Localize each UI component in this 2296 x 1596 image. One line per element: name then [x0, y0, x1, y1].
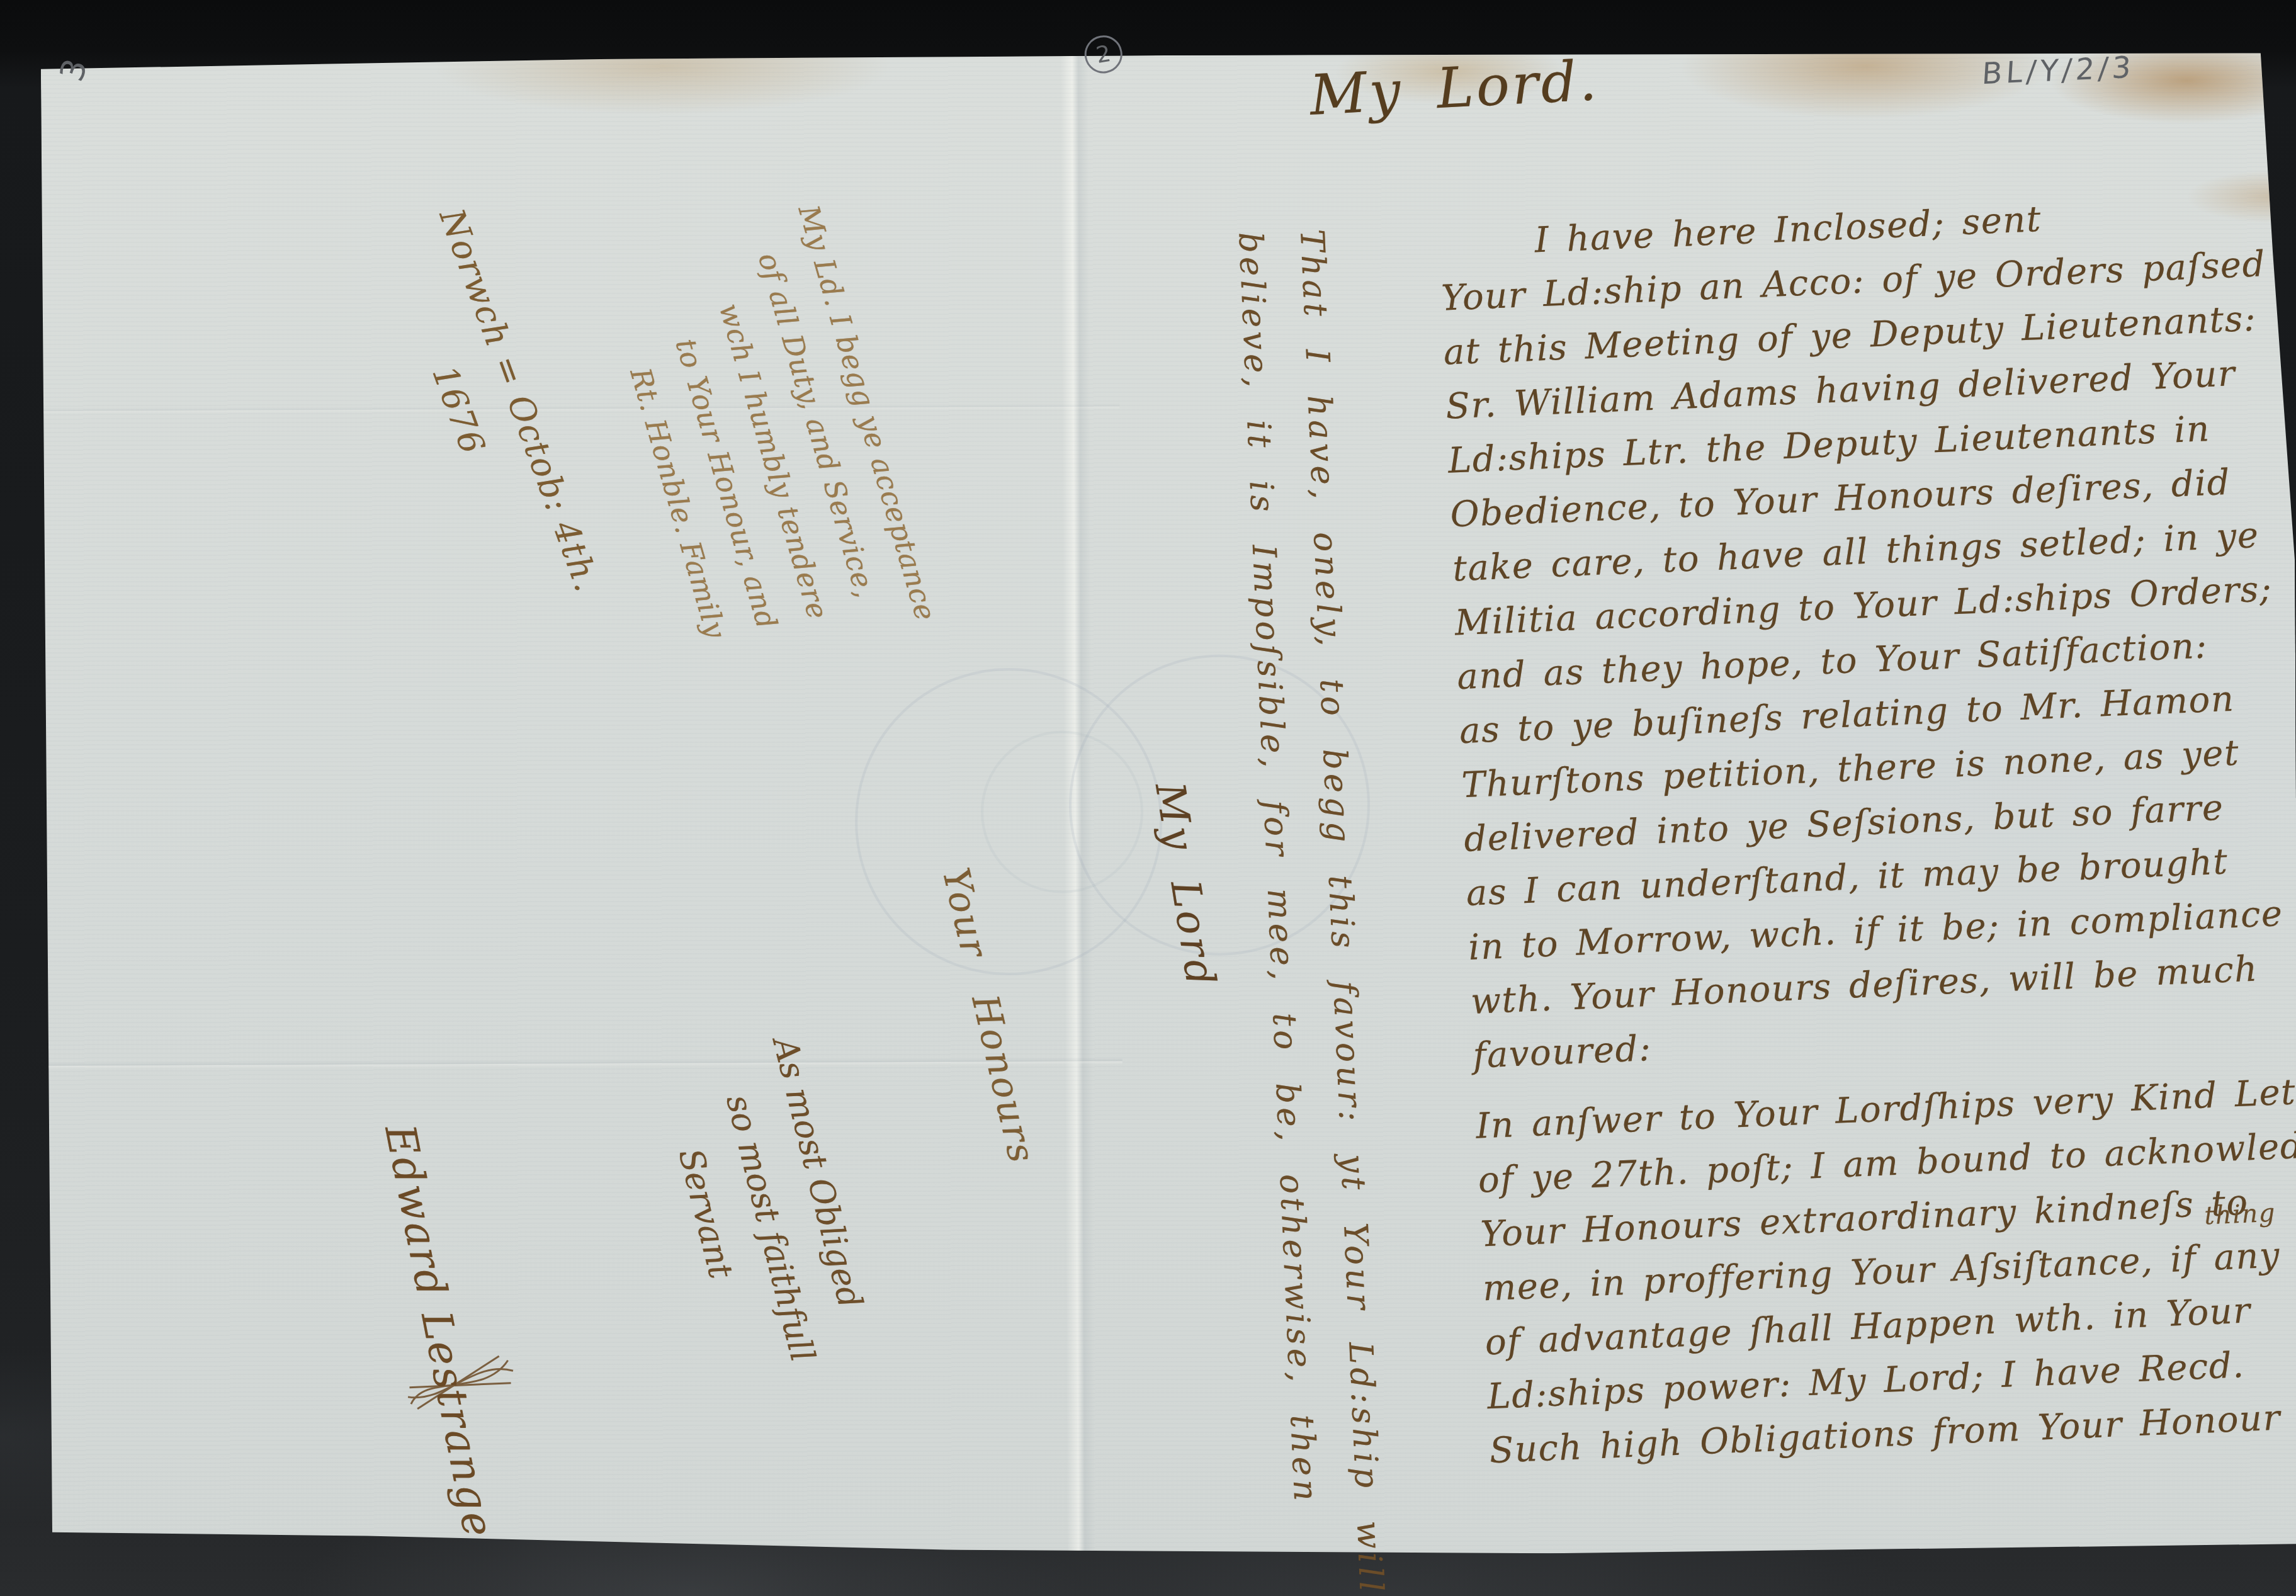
interlinear-insertion: thing: [2203, 1186, 2277, 1243]
watermark-circle: [980, 730, 1143, 893]
letter-body: I have here Inclosed; sent Your Ld:ship …: [1438, 181, 2296, 1478]
folio-number-label: 2: [1094, 40, 1113, 68]
shelfmark-pencil: BL/Y/2/3: [1981, 50, 2136, 91]
horizontal-crease: [35, 403, 1119, 414]
manuscript-photograph: 3 2 BL/Y/2/3 My Lord. I have here Inclos…: [0, 0, 2296, 1596]
horizontal-crease: [38, 1058, 1123, 1069]
